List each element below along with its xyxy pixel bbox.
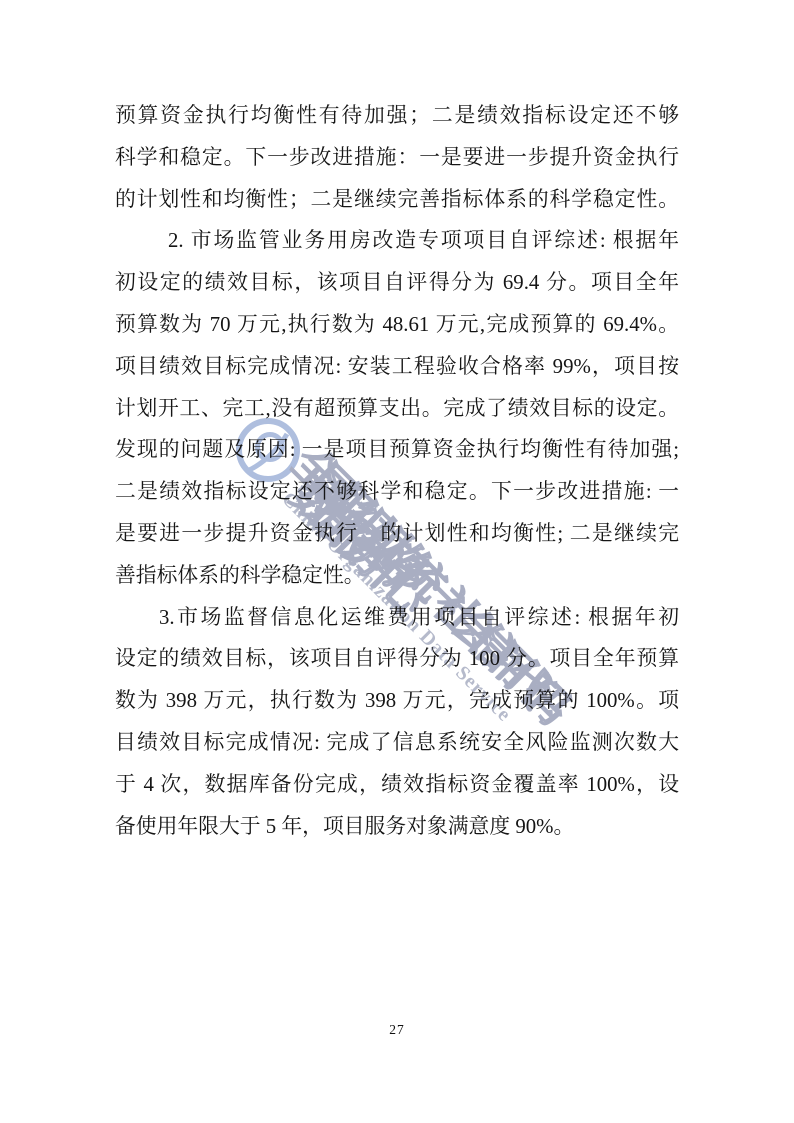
- text-line: 科学和稳定。下一步改进措施：一是要进一步提升资金执行: [115, 137, 679, 179]
- paragraph: 2. 市场监管业务用房改造专项项目自评综述: 根据年初设定的绩效目标，该项目自评…: [115, 220, 679, 596]
- text-line: 善指标体系的科学稳定性。: [115, 555, 679, 597]
- text-line: 设定的绩效目标，该项目自评得分为 100 分。项目全年预算: [115, 638, 679, 680]
- text-line: 3.市场监督信息化运维费用项目自评综述: 根据年初: [115, 597, 679, 639]
- text-line: 发现的问题及原因: 一是项目预算资金执行均衡性有待加强;: [115, 429, 679, 471]
- paragraph: 3.市场监督信息化运维费用项目自评综述: 根据年初设定的绩效目标，该项目自评得分…: [115, 597, 679, 848]
- text-line: 项目绩效目标完成情况: 安装工程验收合格率 99%，项目按: [115, 346, 679, 388]
- document-body: 预算资金执行均衡性有待加强；二是绩效指标设定还不够科学和稳定。下一步改进措施：一…: [115, 95, 679, 847]
- text-line: 目绩效目标完成情况: 完成了信息系统安全风险监测次数大: [115, 722, 679, 764]
- text-line: 2. 市场监管业务用房改造专项项目自评综述: 根据年: [115, 220, 679, 262]
- text-line: 预算数为 70 万元,执行数为 48.61 万元,完成预算的 69.4%。: [115, 304, 679, 346]
- page-number: 27: [0, 1022, 794, 1038]
- text-line: 数为 398 万元，执行数为 398 万元，完成预算的 100%。项: [115, 680, 679, 722]
- document-page: 全国组织机构统一社会信用代码 数据服务中心 China Organization…: [0, 0, 794, 1123]
- paragraph: 预算资金执行均衡性有待加强；二是绩效指标设定还不够科学和稳定。下一步改进措施：一…: [115, 95, 679, 220]
- text-line: 的计划性和均衡性；二是继续完善指标体系的科学稳定性。: [115, 179, 679, 221]
- text-line: 备使用年限大于 5 年，项目服务对象满意度 90%。: [115, 806, 679, 848]
- text-line: 是要进一步提升资金执行 的计划性和均衡性; 二是继续完: [115, 513, 679, 555]
- text-line: 于 4 次，数据库备份完成，绩效指标资金覆盖率 100%，设: [115, 764, 679, 806]
- text-line: 二是绩效指标设定还不够科学和稳定。下一步改进措施: 一: [115, 471, 679, 513]
- text-line: 预算资金执行均衡性有待加强；二是绩效指标设定还不够: [115, 95, 679, 137]
- text-line: 计划开工、完工,没有超预算支出。完成了绩效目标的设定。: [115, 388, 679, 430]
- text-line: 初设定的绩效目标，该项目自评得分为 69.4 分。项目全年: [115, 262, 679, 304]
